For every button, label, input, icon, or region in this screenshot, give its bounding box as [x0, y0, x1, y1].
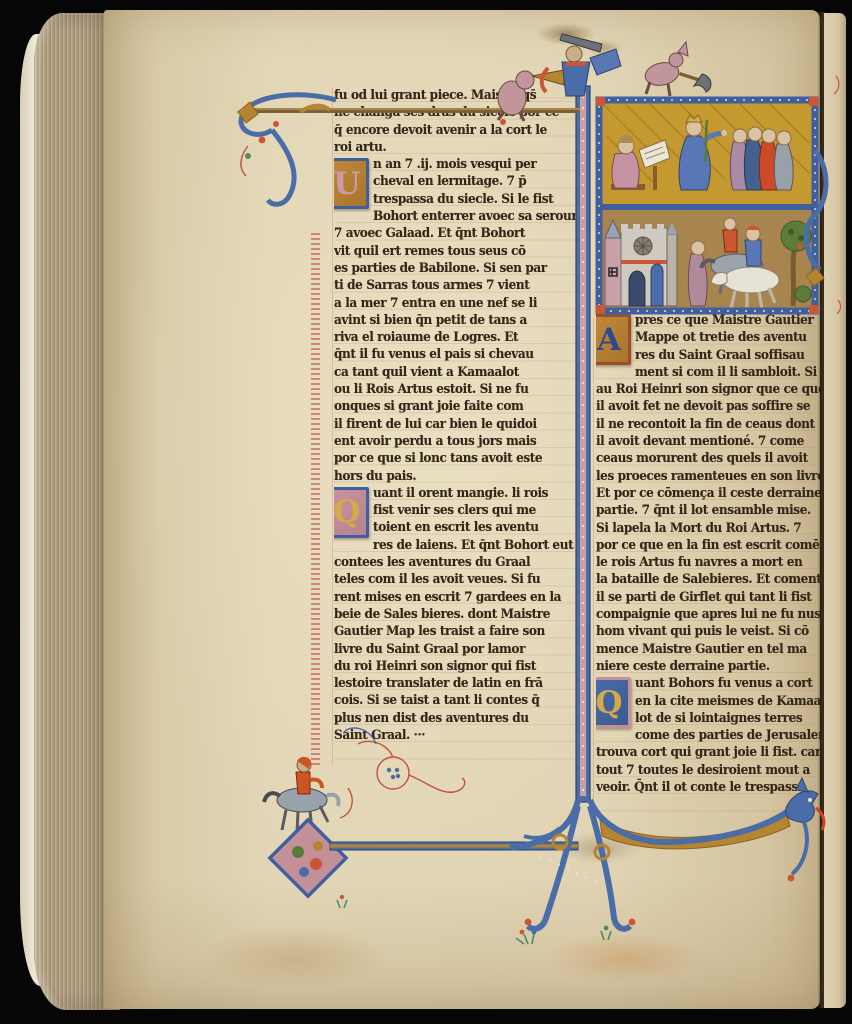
- text-line: uant Bohors fu venus a cort: [596, 675, 804, 692]
- text-line: Saint Graal. ···: [334, 727, 560, 744]
- text-line: lot de si lointaignes terres: [596, 710, 804, 727]
- text-line: come des parties de Jerusalem asses: [596, 727, 804, 744]
- text-line: trespassa du siecle. Si le fist: [334, 191, 560, 208]
- text-line: plus nen dist des aventures du: [334, 710, 560, 727]
- text-line: por ce que en la fin est escrit comēt: [596, 537, 804, 554]
- ruling-vertical-line: [332, 87, 333, 765]
- text-line: ment si com il li sambloit. Si fu avis: [596, 364, 804, 381]
- text-line: Mappe ot tretie des aventu: [596, 329, 804, 346]
- text-line: fist venir ses clers qui me: [334, 502, 560, 519]
- text-line: compaignie que apres lui ne fu nus: [596, 606, 804, 623]
- text-line: vit quil ert remes tous seus cō: [334, 243, 560, 260]
- text-line: contees les aventures du Graal: [334, 554, 560, 571]
- miniature: [595, 96, 819, 315]
- text-line: ent avoir perdu a tous jors mais: [334, 433, 560, 450]
- ruling-vertical-line: [593, 318, 594, 814]
- text-line: Bohort enterrer avoec sa serour: [334, 208, 560, 225]
- text-line: teles com il les avoit veues. Si fu: [334, 571, 560, 588]
- text-line: riva el roiaume de Logres. Et: [334, 329, 560, 346]
- text-line: ne changa ses dras du siecle por ce: [334, 104, 560, 121]
- text-line: livre du Saint Graal por lamor: [334, 641, 560, 658]
- text-line: tout 7 toutes le desiroient mout a: [596, 762, 804, 779]
- text-line: ceaus morurent des quels il avoit: [596, 450, 804, 467]
- text-line: ca tant quil vient a Kamaalot: [334, 364, 560, 381]
- text-line: il avoit devant mentioné. 7 come: [596, 433, 804, 450]
- text-line: rent mises en escrit 7 gardees en la: [334, 589, 560, 606]
- text-line: il ne recontoit la fin de ceaus dont: [596, 416, 804, 433]
- text-line: fu od lui grant piece. Mais onqs̄: [334, 87, 560, 104]
- text-line: hors du pais.: [334, 468, 560, 485]
- text-line: il avoit fet ne devoit pas soffire se: [596, 398, 804, 415]
- text-line: n an 7 .ij. mois vesqui per: [334, 156, 560, 173]
- courtier-group: [730, 127, 793, 190]
- text-line: il se parti de Girflet qui tant li fist: [596, 589, 804, 606]
- text-line: les proeces ramenteues en son livre.: [596, 468, 804, 485]
- text-line: trouva cort qui grant joie li fist. car: [596, 744, 804, 761]
- text-line: en la cite meismes de Kamaa: [596, 693, 804, 710]
- text-line: le rois Artus fu navres a mort en: [596, 554, 804, 571]
- text-line: roi artu.: [334, 139, 560, 156]
- text-line: cois. Si se taist a tant li contes q̄: [334, 692, 560, 709]
- text-line: uant il orent mangie. li rois: [334, 485, 560, 502]
- text-line: Et por ce cōmença il ceste derraine: [596, 485, 804, 502]
- text-line: Si lapela la Mort du Roi Artus. 7: [596, 520, 804, 537]
- text-line: res du Saint Graal soffisau: [596, 347, 804, 364]
- manuscript-photograph: fu od lui grant piece. Mais onqs̄ne chan…: [0, 0, 852, 1024]
- text-line: du roi Heinri son signor qui fist: [334, 658, 560, 675]
- paragraph: Apres ce que Maistre GautierMappe ot tre…: [596, 312, 820, 675]
- text-line: partie. 7 q̄nt il lot ensamble mise.: [596, 502, 804, 519]
- text-line: niere ceste derraine partie.: [596, 658, 804, 675]
- text-line: ti de Sarras tous armes 7 vient: [334, 277, 560, 294]
- text-line: onques si grant joie faite com: [334, 398, 560, 415]
- text-line: au Roi Heinri son signor que ce que: [596, 381, 804, 398]
- castle: [605, 220, 677, 306]
- text-line: beie de Sales bieres. dont Maistre: [334, 606, 560, 623]
- text-line: q̄ encore devoit avenir a la cort le: [334, 122, 560, 139]
- text-line: por ce que si lonc tans avoit este: [334, 450, 560, 467]
- text-line: avint si bien q̄n petit de tans a: [334, 312, 560, 329]
- text-line: lestoire translater de latin en frā: [334, 675, 560, 692]
- text-line: veoir. Q̄nt il ot conte le trespasse: [596, 779, 804, 796]
- text-line: Gautier Map les traist a faire son: [334, 623, 560, 640]
- text-line: hom vivant qui puis le veist. Si cō: [596, 623, 804, 640]
- text-column-right: Apres ce que Maistre GautierMappe ot tre…: [596, 312, 820, 814]
- paragraph: Un an 7 .ij. mois vesqui percheval en le…: [334, 156, 577, 485]
- text-column-left: fu od lui grant piece. Mais onqs̄ne chan…: [334, 87, 577, 765]
- register-divider: [602, 204, 812, 210]
- facing-page-edge: [824, 13, 846, 1008]
- text-line: cheval en lermitage. 7 p̄: [334, 173, 560, 190]
- paragraph: Quant Bohors fu venus a corten la cite m…: [596, 675, 820, 796]
- text-line: q̄nt il fu venus el pais si chevau: [334, 346, 560, 363]
- text-line: mence Maistre Gautier en tel ma: [596, 641, 804, 658]
- text-line: toient en escrit les aventu: [334, 519, 560, 536]
- text-line: res de laiens. Et q̄nt Bohort eut: [334, 537, 560, 554]
- text-line: il firent de lui car bien le quidoi: [334, 416, 560, 433]
- text-line: ou li Rois Artus estoit. Si ne fu: [334, 381, 560, 398]
- text-line: es parties de Babilone. Si sen par: [334, 260, 560, 277]
- text-line: a la mer 7 entra en une nef se li: [334, 295, 560, 312]
- red-margin-strip: [311, 233, 320, 765]
- text-line: 7 avoec Galaad. Et q̄nt Bohort: [334, 225, 560, 242]
- paragraph: fu od lui grant piece. Mais onqs̄ne chan…: [334, 87, 577, 156]
- text-line: la bataille de Salebieres. Et coment: [596, 571, 804, 588]
- paragraph: Quant il orent mangie. li roisfist venir…: [334, 485, 577, 744]
